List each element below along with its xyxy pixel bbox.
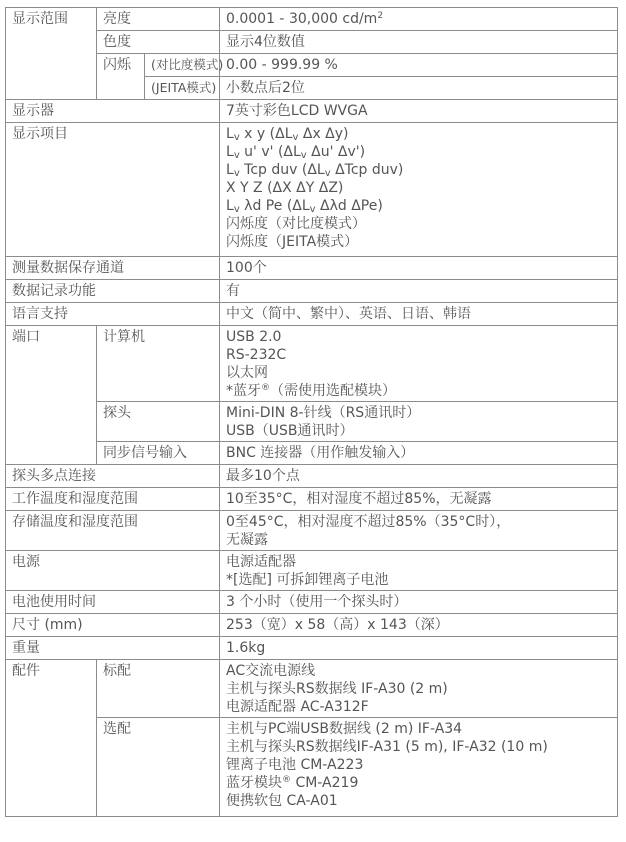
table-row: 显示器 7英寸彩色LCD WVGA	[6, 100, 618, 123]
row-value: 3 个小时（使用一个探头时）	[220, 591, 618, 614]
row-value: 253（宽）x 58（高）x 143（深）	[220, 614, 618, 637]
row-value: 0.00 - 999.99 %	[220, 54, 618, 77]
table-row: 存储温度和湿度范围 0至45°C，相对湿度不超过85%（35°C时）， 无凝露	[6, 511, 618, 551]
row-value: USB 2.0 RS-232C 以太网 *蓝牙®（需使用选配模块）	[220, 326, 618, 402]
row-value: 小数点后2位	[220, 77, 618, 100]
table-row: 数据记录功能 有	[6, 280, 618, 303]
table-row: 尺寸 (mm) 253（宽）x 58（高）x 143（深）	[6, 614, 618, 637]
row-label: 配件	[6, 660, 97, 817]
table-row: 电池使用时间 3 个小时（使用一个探头时）	[6, 591, 618, 614]
row-value: 电源适配器 *[选配] 可拆卸锂离子电池	[220, 551, 618, 591]
value-line: Lv Tcp duv (ΔLv ΔTcp duv)	[226, 161, 611, 179]
row-value: 显示4位数值	[220, 31, 618, 54]
row-value: 最多10个点	[220, 465, 618, 488]
table-row: 配件 标配 AC交流电源线 主机与探头RS数据线 IF-A30 (2 m) 电源…	[6, 660, 618, 718]
row-label: 语言支持	[6, 303, 220, 326]
row-label: 测量数据保存通道	[6, 257, 220, 280]
table-row: 色度 显示4位数值	[6, 31, 618, 54]
table-row: 重量 1.6kg	[6, 637, 618, 660]
table-row: 探头 Mini-DIN 8-针线（RS通讯时） USB（USB通讯时）	[6, 402, 618, 442]
value-line: Lv u' v' (ΔLv Δu' Δv')	[226, 143, 611, 161]
row-value: 主机与PC端USB数据线 (2 m) IF-A34 主机与探头RS数据线IF-A…	[220, 718, 618, 817]
row-value: Lv x y (ΔLv Δx Δy) Lv u' v' (ΔLv Δu' Δv'…	[220, 123, 618, 257]
row-value: 有	[220, 280, 618, 303]
row-value: BNC 连接器（用作触发输入）	[220, 442, 618, 465]
row-label: 存储温度和湿度范围	[6, 511, 220, 551]
row-label: 数据记录功能	[6, 280, 220, 303]
row-label: 电池使用时间	[6, 591, 220, 614]
spec-table: 显示范围 亮度 0.0001 - 30,000 cd/m2 色度 显示4位数值 …	[5, 7, 618, 817]
table-row: 端口 计算机 USB 2.0 RS-232C 以太网 *蓝牙®（需使用选配模块）	[6, 326, 618, 402]
row-value: 中文（简中、繁中）、英语、日语、韩语	[220, 303, 618, 326]
mode-label: (对比度模式)	[145, 54, 220, 77]
sub-label: 探头	[97, 402, 220, 442]
row-label: 重量	[6, 637, 220, 660]
row-value: 1.6kg	[220, 637, 618, 660]
row-label: 端口	[6, 326, 97, 465]
value-line: 闪烁度（JEITA模式）	[226, 233, 611, 251]
sub-label: 亮度	[97, 8, 220, 31]
value-line: Lv λd Pe (ΔLv Δλd ΔPe)	[226, 197, 611, 215]
row-label: 显示项目	[6, 123, 220, 257]
row-label: 电源	[6, 551, 220, 591]
sub-label: 闪烁	[97, 54, 145, 100]
row-value: 100个	[220, 257, 618, 280]
row-label: 探头多点连接	[6, 465, 220, 488]
row-value: 7英寸彩色LCD WVGA	[220, 100, 618, 123]
sub-label: 色度	[97, 31, 220, 54]
sub-label: 同步信号输入	[97, 442, 220, 465]
row-label: 显示范围	[6, 8, 97, 100]
sub-label: 计算机	[97, 326, 220, 402]
sub-label: 标配	[97, 660, 220, 718]
row-value: AC交流电源线 主机与探头RS数据线 IF-A30 (2 m) 电源适配器 AC…	[220, 660, 618, 718]
table-row: 显示范围 亮度 0.0001 - 30,000 cd/m2	[6, 8, 618, 31]
value-line: Lv x y (ΔLv Δx Δy)	[226, 125, 611, 143]
table-row: 探头多点连接 最多10个点	[6, 465, 618, 488]
row-label: 工作温度和湿度范围	[6, 488, 220, 511]
table-row: 闪烁 (对比度模式) 0.00 - 999.99 %	[6, 54, 618, 77]
sub-label: 选配	[97, 718, 220, 817]
table-row: 同步信号输入 BNC 连接器（用作触发输入）	[6, 442, 618, 465]
value-line: X Y Z (ΔX ΔY ΔZ)	[226, 179, 611, 197]
table-row: 显示项目 Lv x y (ΔLv Δx Δy) Lv u' v' (ΔLv Δu…	[6, 123, 618, 257]
row-value: 10至35°C，相对湿度不超过85%，无凝露	[220, 488, 618, 511]
table-row: 工作温度和湿度范围 10至35°C，相对湿度不超过85%，无凝露	[6, 488, 618, 511]
table-row: 选配 主机与PC端USB数据线 (2 m) IF-A34 主机与探头RS数据线I…	[6, 718, 618, 817]
mode-label: (JEITA模式)	[145, 77, 220, 100]
row-value: Mini-DIN 8-针线（RS通讯时） USB（USB通讯时）	[220, 402, 618, 442]
table-row: 电源 电源适配器 *[选配] 可拆卸锂离子电池	[6, 551, 618, 591]
row-label: 尺寸 (mm)	[6, 614, 220, 637]
value-line: 闪烁度（对比度模式）	[226, 215, 611, 233]
table-row: 测量数据保存通道 100个	[6, 257, 618, 280]
row-value: 0至45°C，相对湿度不超过85%（35°C时）， 无凝露	[220, 511, 618, 551]
row-value: 0.0001 - 30,000 cd/m2	[220, 8, 618, 31]
table-row: 语言支持 中文（简中、繁中）、英语、日语、韩语	[6, 303, 618, 326]
row-label: 显示器	[6, 100, 220, 123]
